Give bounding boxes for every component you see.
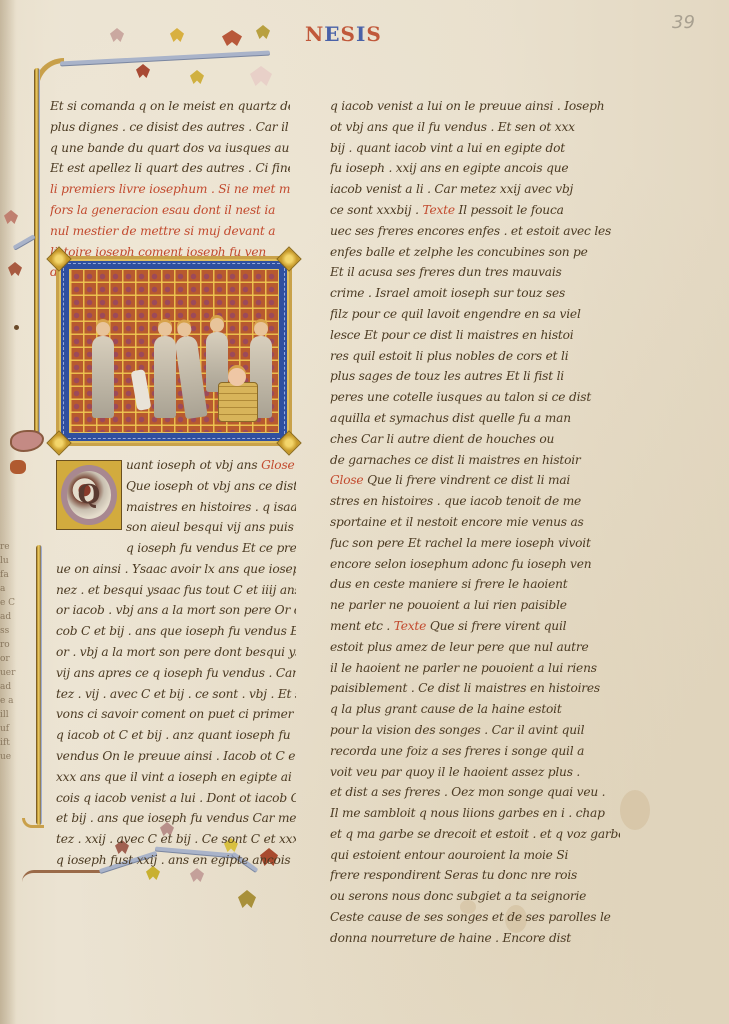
leaf-icon — [10, 460, 26, 474]
text-line: uec ses freres encores enfes . et estoit… — [330, 221, 620, 242]
text-line: tez . xxij . avec C et bij . Ce sont C e… — [56, 829, 296, 850]
text-line-body: ment etc . — [330, 619, 390, 633]
text-line: xxx ans que il vint a ioseph en egipte a… — [56, 767, 296, 788]
gold-border-bar — [36, 545, 42, 825]
text-line: nez . et besqui ysaac fus tout C et iiij… — [56, 580, 296, 601]
manuscript-page: relufaae Cadssrooruerade aillufiftue 39 … — [0, 0, 729, 1024]
text-line: ce sont xxxbij . Texte Il pessoit le fou… — [330, 200, 620, 221]
text-line: q ioseph fu vendus Et ce preu — [56, 538, 296, 559]
dragon-terminal-icon — [10, 430, 44, 452]
text-line: fu ioseph . xxij ans en egipte ancois qu… — [330, 158, 620, 179]
text-line: paisiblement . Ce dist li maistres en hi… — [330, 678, 620, 699]
well — [218, 382, 258, 422]
text-line: q ioseph fust xxij . ans en egipte ancoi… — [56, 850, 296, 871]
text-line: filz pour ce quil lavoit engendre en sa … — [330, 304, 620, 325]
ink-spot — [14, 325, 19, 330]
joseph-figure — [228, 368, 246, 386]
text-line: tez . vij . avec C et bij . ce sont . vb… — [56, 684, 296, 705]
text-line-body: Que si frere virent quil — [430, 619, 567, 633]
text-line: vij ans apres ce q ioseph fu vendus . Ca… — [56, 663, 296, 684]
text-line: bij . quant iacob vint a lui en egipte d… — [330, 138, 620, 159]
miniature-frame — [59, 259, 289, 443]
text-line: Et si comanda q on le meist en quartz de… — [50, 96, 290, 117]
texte-marker: Texte — [422, 203, 454, 217]
text-line: Que ioseph ot vbj ans ce dist li — [126, 476, 296, 497]
gutter-shadow — [0, 0, 16, 1024]
text-line: fuc son pere Et rachel la mere ioseph vi… — [330, 533, 620, 554]
text-line: plus dignes . ce disist des autres . Car… — [50, 117, 290, 138]
text-line: q une bande du quart dos va iusques au c… — [50, 138, 290, 159]
running-head-letter: N — [305, 22, 324, 46]
left-column-initial-text: uant ioseph ot vbj ans Glose Que ioseph … — [126, 455, 296, 538]
text-line: plus sages de touz les autres Et li fist… — [330, 366, 620, 387]
text-line: et dist a ses freres . Oez mon songe qua… — [330, 782, 620, 803]
text-line: q iacob venist a lui on le preuue ainsi … — [330, 96, 620, 117]
text-line: lesce Et pour ce dist li maistres en his… — [330, 325, 620, 346]
decorated-initial: Q — [56, 460, 122, 530]
text-line: recorda une foiz a ses freres i songe qu… — [330, 741, 620, 762]
text-line: Et est apellez li quart des autres . Ci … — [50, 158, 290, 179]
folio-number: 39 — [672, 12, 695, 33]
text-line: ue on ainsi . Ysaac avoir lx ans que ios… — [56, 559, 296, 580]
text-line: sportaine et il nestoit encore mie venus… — [330, 512, 620, 533]
text-line: peres une cotelle iusques au talon si ce… — [330, 387, 620, 408]
running-head-letter: S — [366, 22, 381, 46]
text-line-body: ce sont xxxbij . — [330, 203, 419, 217]
text-line: il le haoient ne parler ne pouoient a lu… — [330, 658, 620, 679]
rubric-line: li premiers livre iosephum . Si ne met m… — [50, 179, 290, 200]
text-line: et q ma garbe se drecoit et estoit . et … — [330, 824, 620, 845]
figure — [154, 336, 176, 418]
text-line: vendus On le preuue ainsi . Iacob ot C e… — [56, 746, 296, 767]
left-column-bottom-text: q ioseph fu vendus Et ce preu ue on ains… — [56, 538, 296, 871]
text-line: dus en ceste maniere si frere le haoient — [330, 574, 620, 595]
text-line: son aieul besqui vij ans puis — [126, 517, 296, 538]
text-line: enfes balle et zelphe les concubines son… — [330, 242, 620, 263]
figure — [174, 335, 207, 419]
rubric-line: nul mestier de mettre si muj devant a — [50, 221, 290, 242]
text-line: ment etc . Texte Que si frere virent qui… — [330, 616, 620, 637]
running-head: NESIS — [305, 22, 382, 46]
text-line-body: Que li frere vindrent ce dist li mai — [367, 473, 570, 487]
text-line: iacob venist a li . Car metez xxij avec … — [330, 179, 620, 200]
text-line-body: Il pessoit le fouca — [459, 203, 564, 217]
text-line: donna nourreture de haine . Encore dist — [330, 928, 620, 949]
facing-page-edge-text: relufaae Cadssrooruerade aillufiftue — [0, 540, 16, 840]
stain — [620, 790, 650, 830]
text-line: res quil estoit li plus nobles de cors e… — [330, 346, 620, 367]
text-line: de garnaches ce dist li maistres en hist… — [330, 450, 620, 471]
glose-marker: Glose — [330, 473, 363, 487]
texte-marker: Texte — [394, 619, 426, 633]
text-line: Ceste cause de ses songes et de ses paro… — [330, 907, 620, 928]
running-head-letter: I — [356, 22, 366, 46]
miniature-painting — [56, 256, 292, 446]
text-line: et bij . ans que ioseph fu vendus Car me — [56, 808, 296, 829]
text-line: ot vbj ans que il fu vendus . Et sen ot … — [330, 117, 620, 138]
text-line: encore selon iosephum adonc fu ioseph ve… — [330, 554, 620, 575]
text-line: or iacob . vbj ans a la mort son pere Or… — [56, 600, 296, 621]
right-column-text: q iacob venist a lui on le preuue ainsi … — [330, 96, 620, 949]
text-line-body: uant ioseph ot vbj ans — [126, 458, 257, 472]
text-line: uant ioseph ot vbj ans Glose — [126, 455, 296, 476]
text-line: Glose Que li frere vindrent ce dist li m… — [330, 470, 620, 491]
running-head-letter: E — [324, 22, 340, 46]
text-line: pour la vision des songes . Car il avint… — [330, 720, 620, 741]
text-line: crime . Israel amoit ioseph sur touz ses — [330, 283, 620, 304]
text-line: cob C et bij . ans que ioseph fu vendus … — [56, 621, 296, 642]
glose-marker: Glose — [261, 458, 294, 472]
text-line: maistres en histoires . q isaac — [126, 497, 296, 518]
text-line: voit veu par quoy il le haoient assez pl… — [330, 762, 620, 783]
text-line: Et il acusa ses freres dun tres mauvais — [330, 262, 620, 283]
initial-letter: Q — [61, 465, 117, 525]
text-line: Il me sambloit q nous liions garbes en i… — [330, 803, 620, 824]
text-line: estoit plus amez de leur pere que nul au… — [330, 637, 620, 658]
side-sprig — [13, 234, 36, 249]
text-line: vons ci savoir coment on puet ci primer — [56, 704, 296, 725]
text-line: ou serons nous donc subgiet a ta seignor… — [330, 886, 620, 907]
text-line: qui estoient entour aouroient la moie Si — [330, 845, 620, 866]
miniature-scene — [69, 269, 279, 433]
figure — [92, 336, 114, 418]
text-line: cois q iacob venist a lui . Dont ot iaco… — [56, 788, 296, 809]
text-line: q la plus grant cause de la haine estoit — [330, 699, 620, 720]
text-line: q iacob ot C et bij . anz quant ioseph f… — [56, 725, 296, 746]
text-line: stres en histoires . que iacob tenoit de… — [330, 491, 620, 512]
text-line: ne parler ne pouoient a lui rien paisibl… — [330, 595, 620, 616]
coat-of-many-colors — [131, 369, 152, 411]
text-line: ches Car li autre dient de houches ou — [330, 429, 620, 450]
running-head-letter: S — [341, 22, 356, 46]
text-line: frere respondirent Seras tu donc nre roi… — [330, 865, 620, 886]
text-line: or . vbj a la mort son pere dont besqui … — [56, 642, 296, 663]
rubric-line: fors la generacion esau dont il nest ia — [50, 200, 290, 221]
text-line: aquilla et symachus dist quelle fu a man — [330, 408, 620, 429]
gold-border-bar — [34, 68, 40, 448]
